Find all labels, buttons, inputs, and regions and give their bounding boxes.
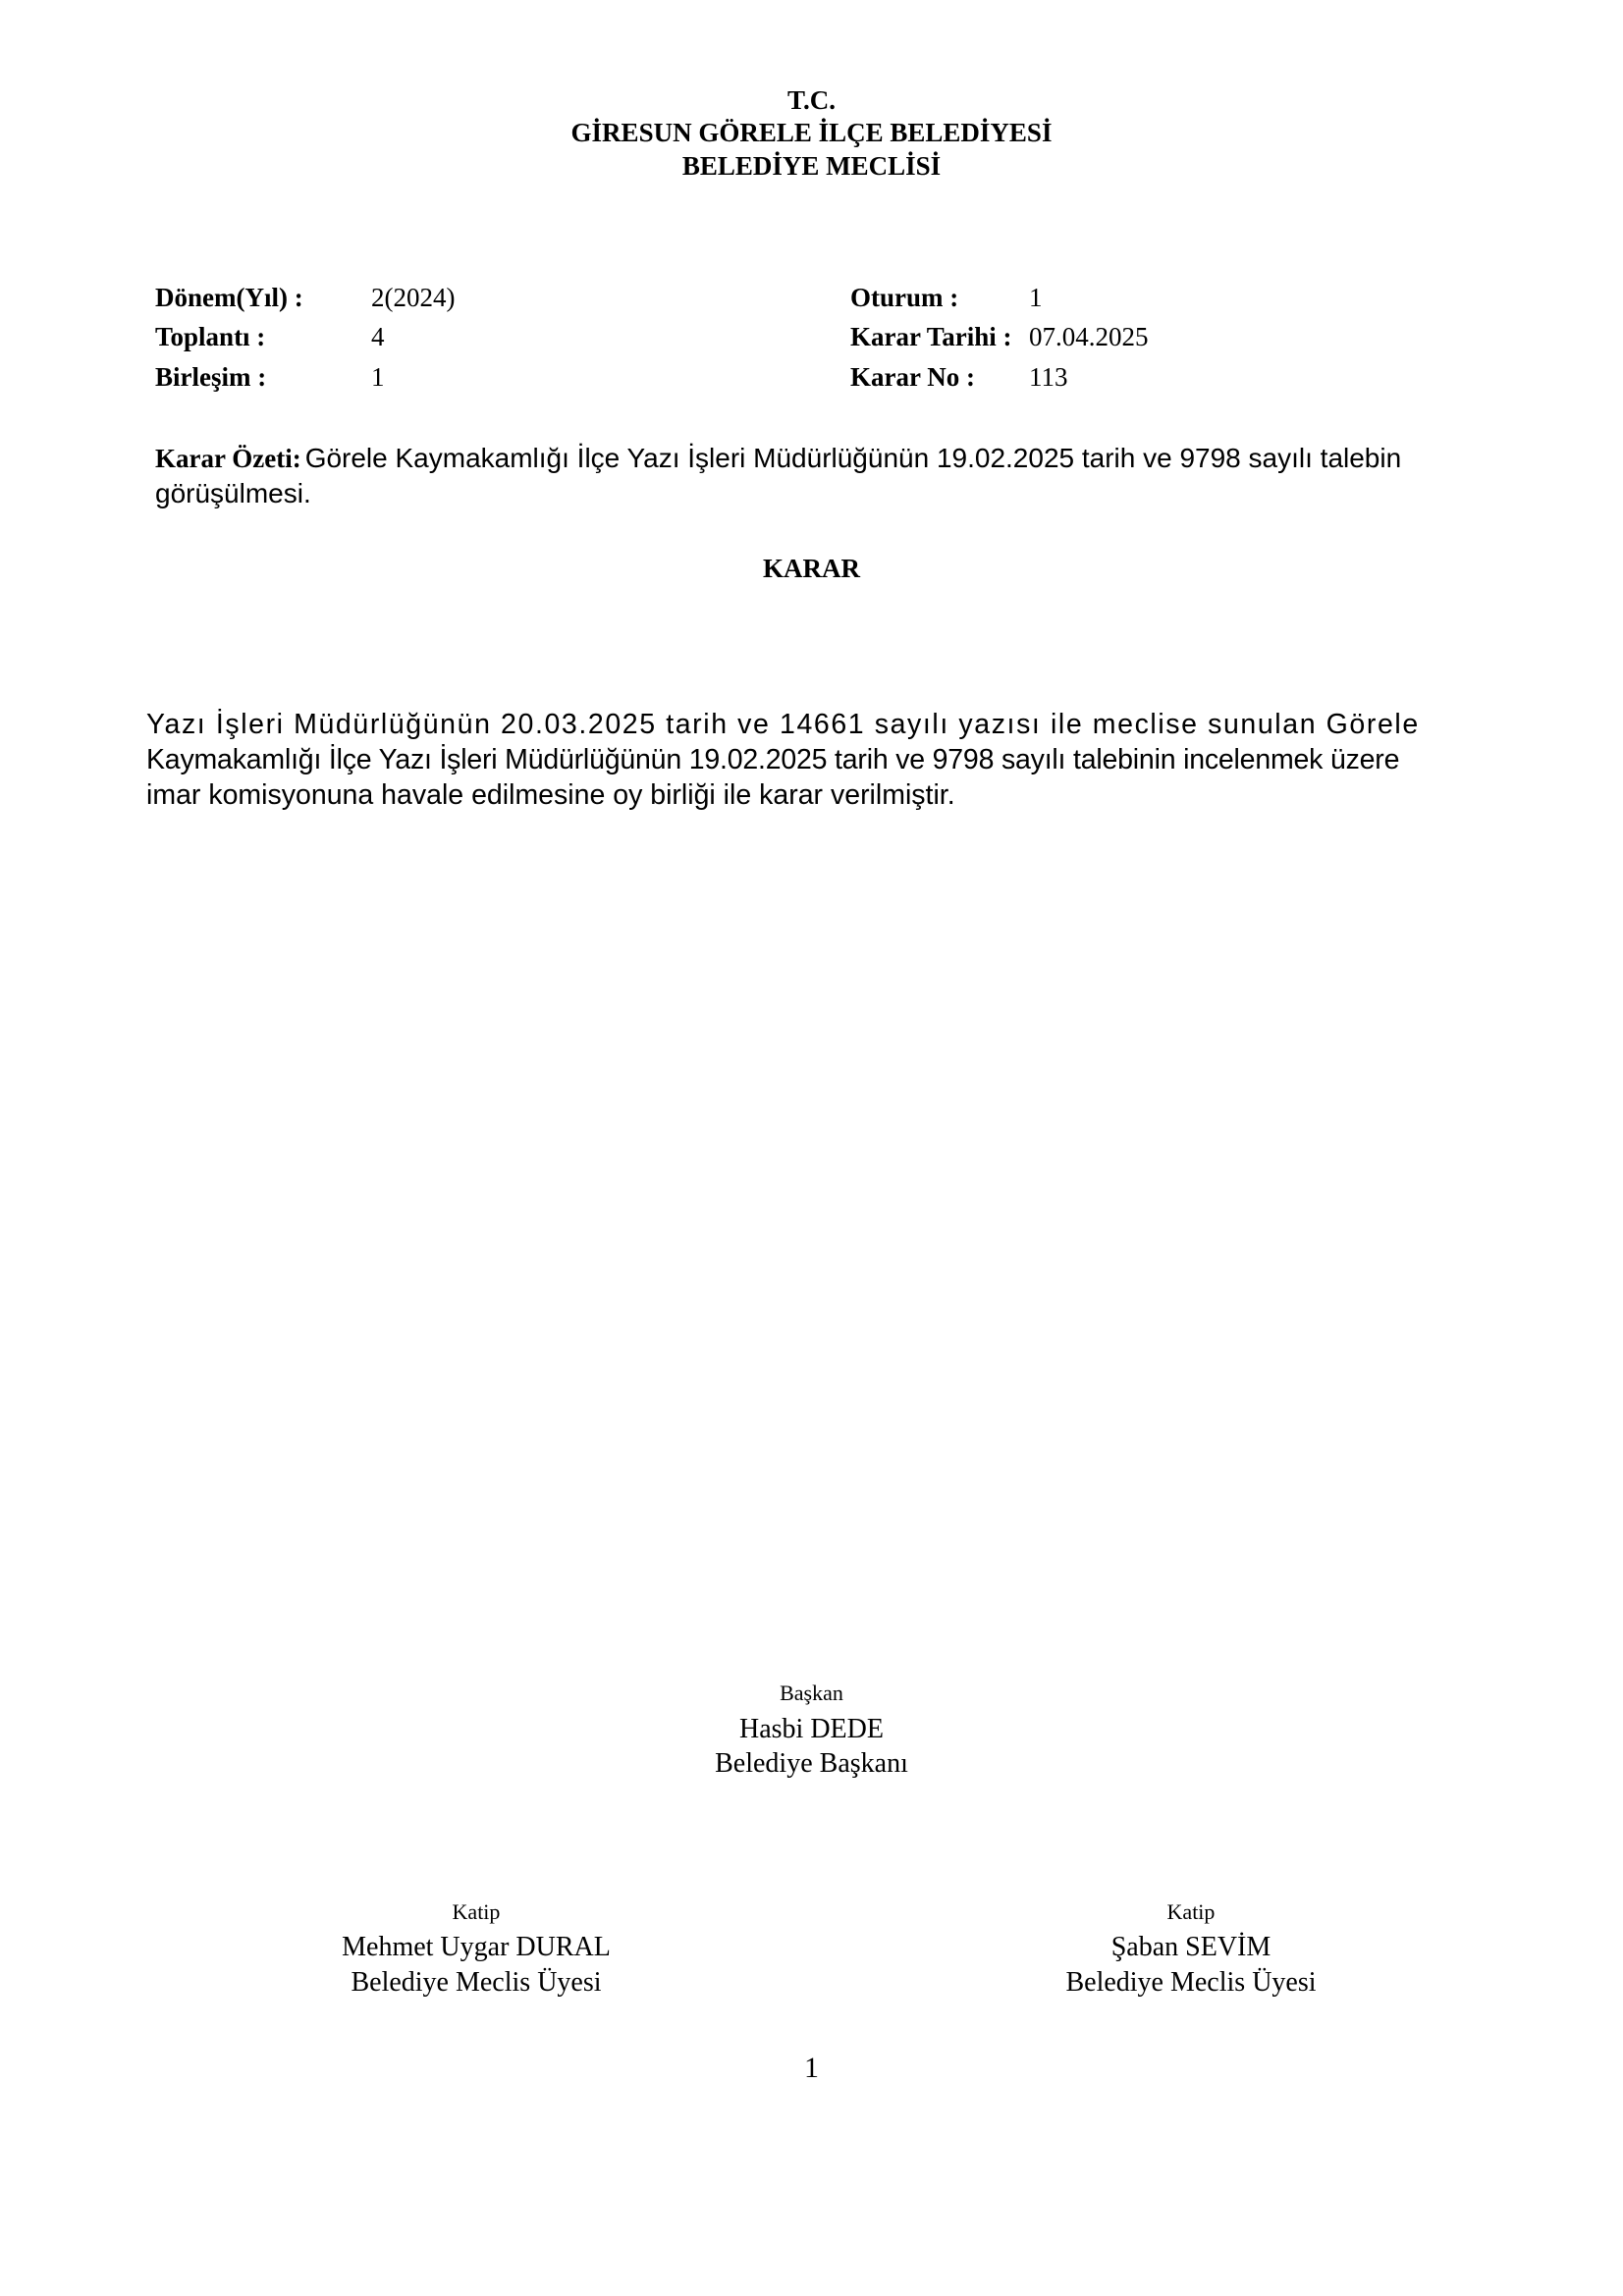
clerk-right-title: Belediye Meclis Üyesi xyxy=(995,1967,1387,1999)
page-number: 1 xyxy=(0,2052,1623,2085)
meta-label-donem: Dönem(Yıl) : xyxy=(155,283,303,313)
clerk-right-role: Katip xyxy=(995,1899,1387,1925)
meta-label-birlesim: Birleşim : xyxy=(155,362,266,393)
clerk-left-title: Belediye Meclis Üyesi xyxy=(280,1967,673,1999)
decision-title: KARAR xyxy=(0,554,1623,584)
chair-role: Başkan xyxy=(0,1681,1623,1706)
summary-text: Görele Kaymakamlığı İlçe Yazı İşleri Müd… xyxy=(305,443,1402,473)
meta-value-karar-tarihi: 07.04.2025 xyxy=(1029,322,1149,352)
summary-line-1: Karar Özeti: Görele Kaymakamlığı İlçe Ya… xyxy=(155,443,1401,474)
meta-value-donem: 2(2024) xyxy=(371,283,455,313)
meta-value-karar-no: 113 xyxy=(1029,362,1068,393)
header-municipality: GİRESUN GÖRELE İLÇE BELEDİYESİ xyxy=(0,117,1623,148)
chair-title: Belediye Başkanı xyxy=(0,1748,1623,1780)
meta-label-oturum: Oturum : xyxy=(850,283,958,313)
clerk-left-role: Katip xyxy=(280,1899,673,1925)
meta-value-toplanti: 4 xyxy=(371,322,385,352)
header-tc: T.C. xyxy=(0,84,1623,116)
chair-name: Hasbi DEDE xyxy=(0,1714,1623,1745)
meta-label-toplanti: Toplantı : xyxy=(155,322,265,352)
decision-line-1: Yazı İşleri Müdürlüğünün 20.03.2025 tari… xyxy=(146,709,1420,741)
decision-line-2: Kaymakamlığı İlçe Yazı İşleri Müdürlüğün… xyxy=(146,744,1399,776)
meta-label-karar-tarihi: Karar Tarihi : xyxy=(850,322,1012,352)
summary-line-2: görüşülmesi. xyxy=(155,478,311,509)
decision-line-3: imar komisyonuna havale edilmesine oy bi… xyxy=(146,779,955,812)
clerk-left-name: Mehmet Uygar DURAL xyxy=(280,1932,673,1963)
meta-value-oturum: 1 xyxy=(1029,283,1043,313)
meta-value-birlesim: 1 xyxy=(371,362,385,393)
summary-label: Karar Özeti: xyxy=(155,444,301,473)
meta-label-karar-no: Karar No : xyxy=(850,362,975,393)
clerk-right-name: Şaban SEVİM xyxy=(995,1932,1387,1963)
header-council: BELEDİYE MECLİSİ xyxy=(0,150,1623,182)
